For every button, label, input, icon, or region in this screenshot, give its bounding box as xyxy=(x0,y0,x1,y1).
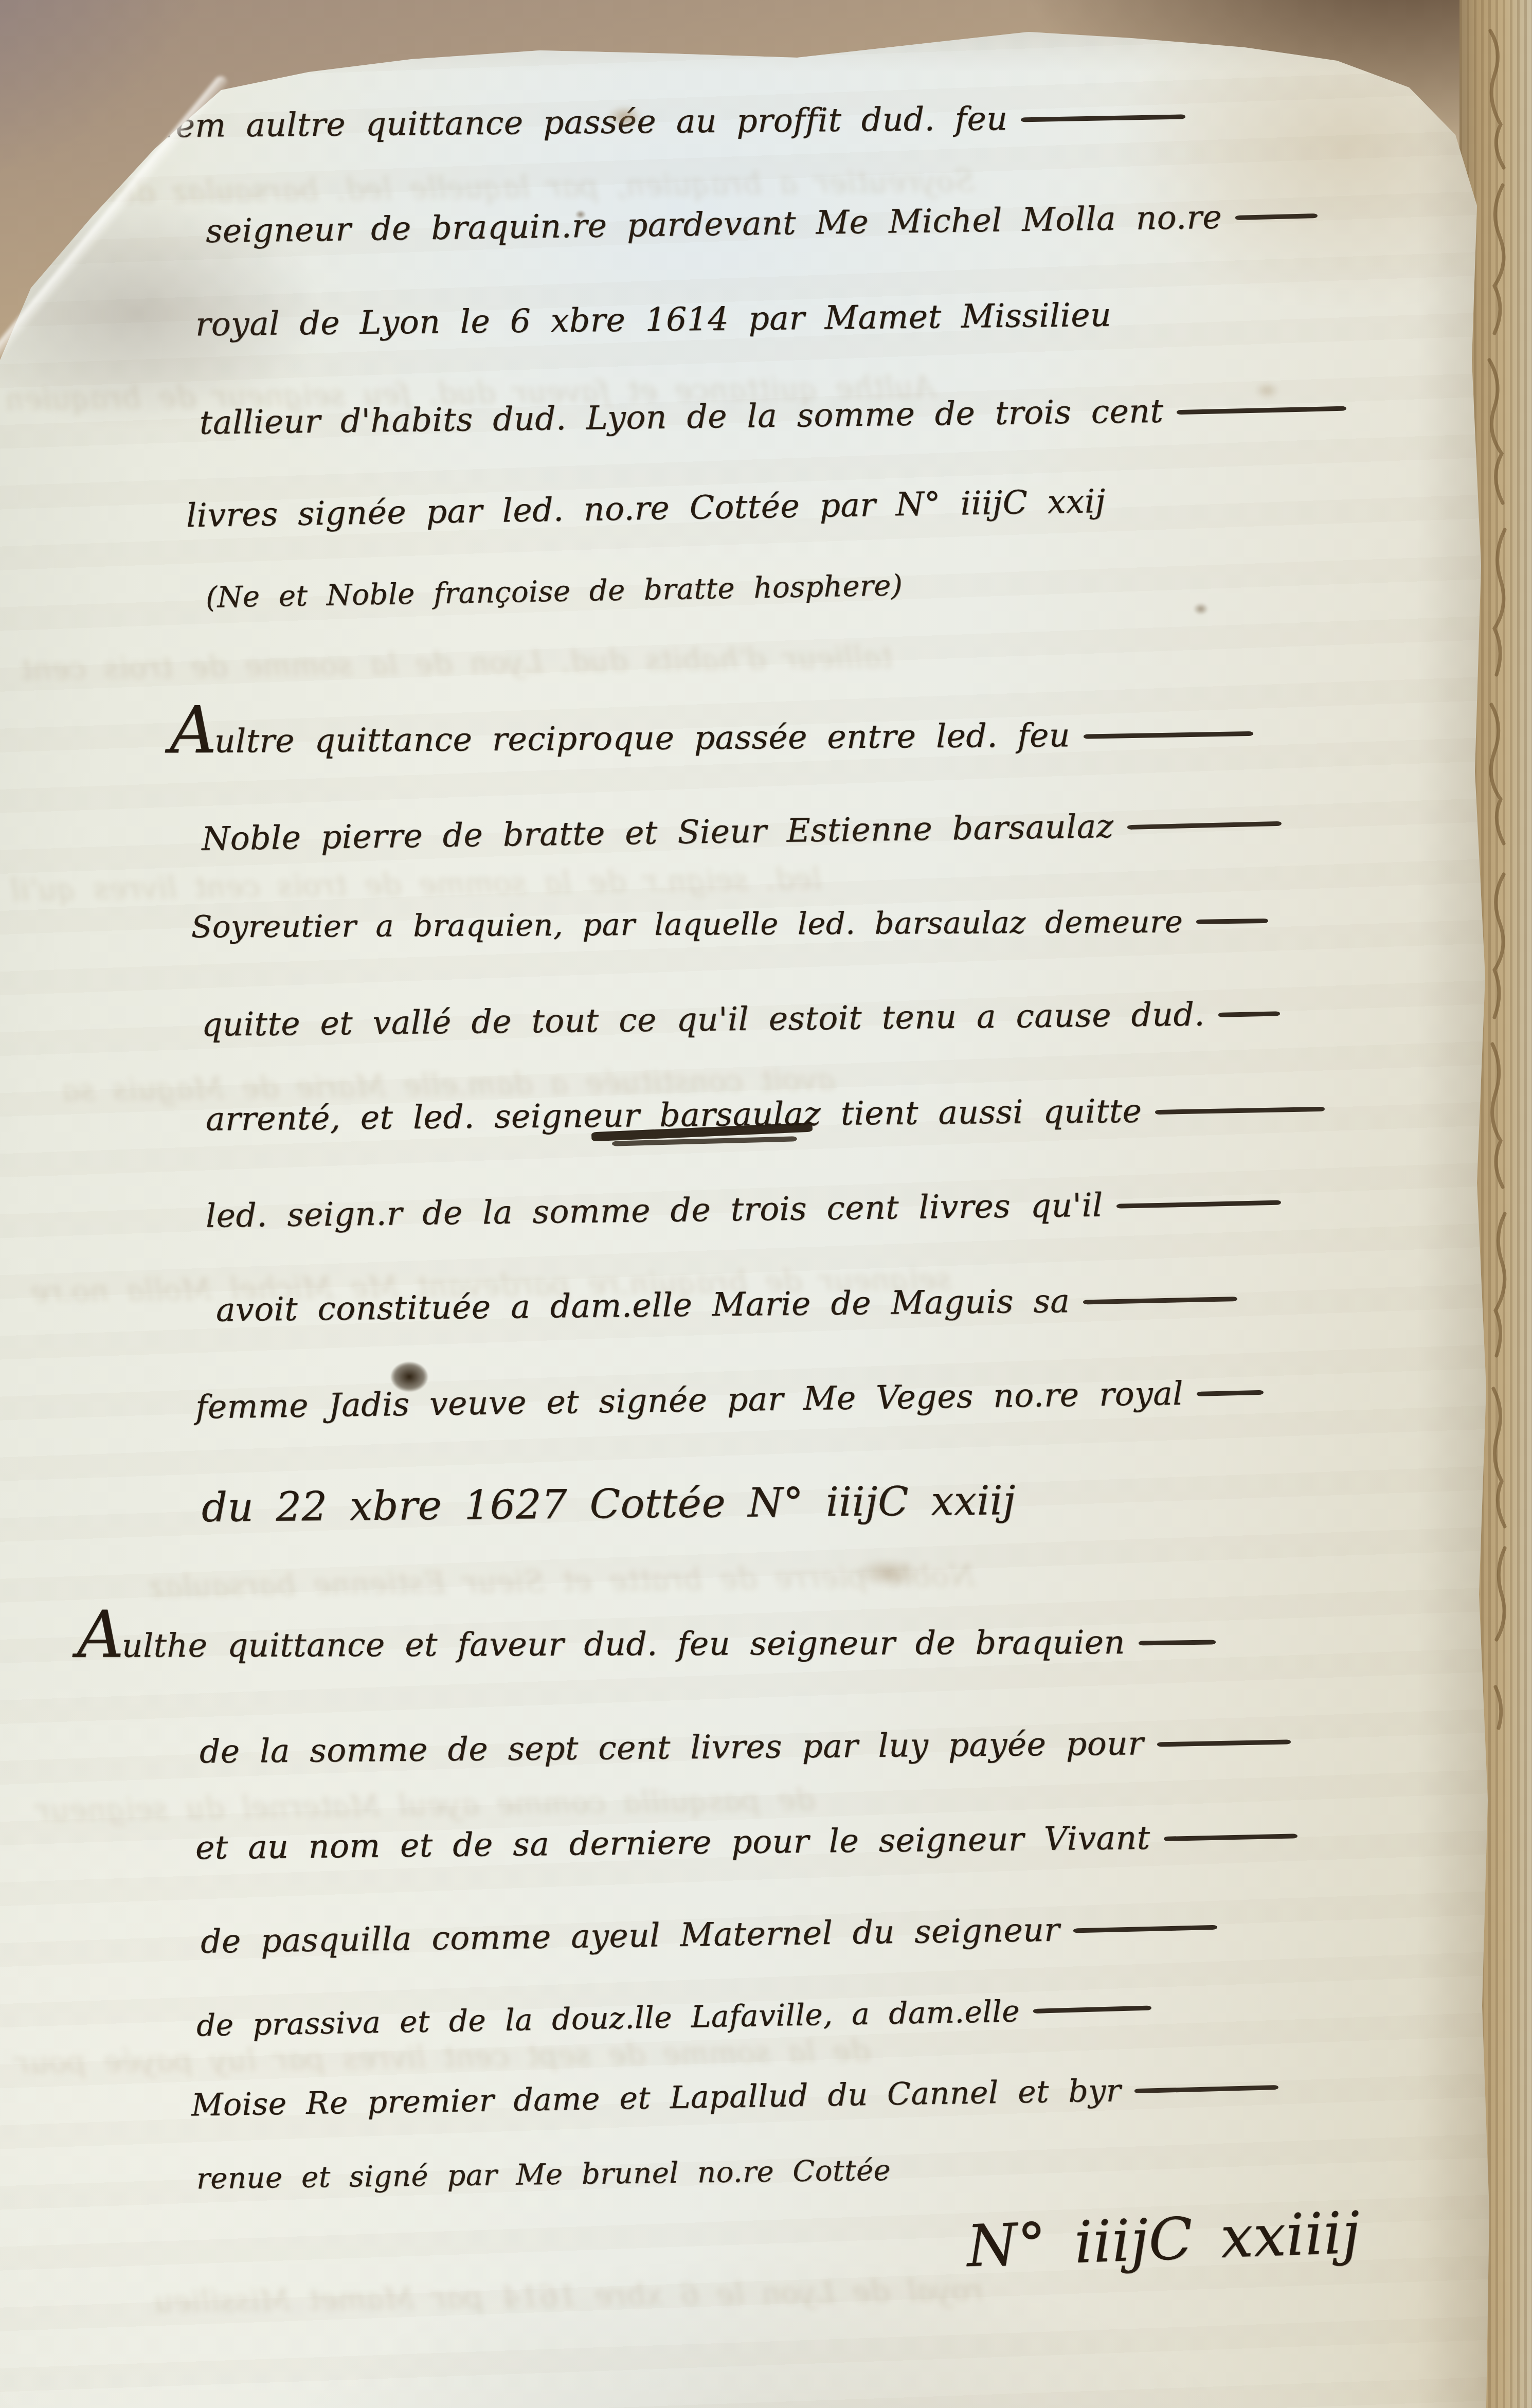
ghost-writing: tallieur d'habits dud. Lyon de la somme … xyxy=(21,639,893,687)
line-text: tallieur d'habits dud. Lyon de la somme … xyxy=(200,392,1164,442)
line-text: quitte et vallé de tout ce qu'il estoit … xyxy=(202,996,1205,1044)
manuscript-line: femme Jadis veuve et signée par Me Veges… xyxy=(195,1374,1264,1426)
ghost-writing: led. seign.r de la somme de trois cent l… xyxy=(10,861,822,907)
manuscript-line: led. seign.r de la somme de trois cent l… xyxy=(206,1184,1281,1235)
line-filler-stroke xyxy=(1084,731,1253,739)
line-filler-stroke xyxy=(1177,406,1346,415)
manuscript-line: livres signée par led. no.re Cottée par … xyxy=(186,482,1106,534)
manuscript-line: quitte et vallé de tout ce qu'il estoit … xyxy=(202,995,1281,1044)
manuscript-line: Noble pierre de bratte et Sieur Estienne… xyxy=(202,805,1282,857)
line-text: femme Jadis veuve et signée par Me Veges… xyxy=(195,1375,1184,1426)
manuscript-line: (Ne et Noble françoise de bratte hospher… xyxy=(206,569,903,615)
manuscript-line: Idem aultre quittance passée au proffit … xyxy=(131,98,1186,145)
photo-of-manuscript: { "manuscript": { "language": "old Frenc… xyxy=(0,0,1532,2408)
line-text: Moise Re premier dame et Lapallud du Can… xyxy=(191,2073,1122,2123)
line-text: de prassiva et de la douz.lle Lafaville,… xyxy=(196,1993,1020,2043)
manuscript-line: renue et signé par Me brunel no.re Cotté… xyxy=(196,2154,891,2196)
ghost-writing: Noble pierre de bratte et Sieur Estienne… xyxy=(149,1558,976,1604)
line-text: N° iiijC xxiiij xyxy=(966,2200,1361,2280)
line-text: Aultre quittance reciproque passée entre… xyxy=(170,716,1070,760)
line-text: Noble pierre de bratte et Sieur Estienne… xyxy=(202,807,1114,858)
line-filler-stroke xyxy=(1157,1739,1291,1747)
manuscript-line: du 22 xbre 1627 Cottée N° iiijC xxiij xyxy=(202,1478,1016,1531)
paper-stain xyxy=(854,1558,921,1587)
manuscript-line: seigneur de braquin.re pardevant Me Mich… xyxy=(206,197,1318,250)
ghost-writing: royal de Lyon le 6 xbre 1614 par Mamet M… xyxy=(154,2273,984,2320)
line-filler-stroke xyxy=(1134,2085,1278,2093)
line-text: livres signée par led. no.re Cottée par … xyxy=(186,482,1106,534)
ghost-writing: de la somme de sept cent livres par luy … xyxy=(15,2033,870,2080)
manuscript-line: Moise Re premier dame et Lapallud du Can… xyxy=(191,2070,1279,2123)
line-text: seigneur de braquin.re pardevant Me Mich… xyxy=(206,199,1222,250)
line-text: du 22 xbre 1627 Cottée N° iiijC xxiij xyxy=(202,1478,1016,1531)
paper-sheet: Soyreutier a braquien, par laquelle led.… xyxy=(0,0,1532,2408)
line-text: de la somme de sept cent livres par luy … xyxy=(200,1724,1144,1770)
line-text: et au nom et de sa derniere pour le seig… xyxy=(195,1819,1150,1866)
line-text: royal de Lyon le 6 xbre 1614 par Mamet M… xyxy=(195,296,1112,344)
manuscript-line: Aultre quittance reciproque passée entre… xyxy=(170,715,1253,761)
manuscript-line: et au nom et de sa derniere pour le seig… xyxy=(195,1818,1297,1866)
line-filler-stroke xyxy=(1196,919,1268,924)
line-filler-stroke xyxy=(1155,1107,1325,1115)
line-text: renue et signé par Me brunel no.re Cotté… xyxy=(196,2154,891,2196)
manuscript-line: tallieur d'habits dud. Lyon de la somme … xyxy=(200,390,1347,441)
manuscript-line: de la somme de sept cent livres par luy … xyxy=(200,1723,1291,1771)
manuscript-line: de pasquilla comme ayeul Maternel du sei… xyxy=(201,1909,1218,1961)
line-text: avoit constituée a dam.elle Marie de Mag… xyxy=(216,1282,1070,1328)
line-text: (Ne et Noble françoise de bratte hospher… xyxy=(206,569,903,615)
ghost-writing: de pasquilla comme ayeul Maternel du sei… xyxy=(36,1782,815,1827)
manuscript-line: Aulthe quittance et faveur dud. feu seig… xyxy=(77,1623,1216,1665)
line-filler-stroke xyxy=(1033,2006,1151,2014)
line-filler-stroke xyxy=(1127,821,1281,830)
line-filler-stroke xyxy=(1073,1925,1217,1933)
paper-stain xyxy=(1193,603,1209,615)
line-filler-stroke xyxy=(1083,1297,1237,1304)
manuscript-line: Soyreutier a braquien, par laquelle led.… xyxy=(191,904,1269,945)
manuscript-line: royal de Lyon le 6 xbre 1614 par Mamet M… xyxy=(195,296,1112,344)
manuscript-line: de prassiva et de la douz.lle Lafaville,… xyxy=(196,1991,1152,2043)
line-text: de pasquilla comme ayeul Maternel du sei… xyxy=(201,1911,1060,1960)
cote-number: N° iiijC xxiiij xyxy=(966,2200,1361,2280)
line-filler-stroke xyxy=(1116,1200,1281,1209)
line-text: led. seign.r de la somme de trois cent l… xyxy=(206,1186,1103,1234)
line-filler-stroke xyxy=(1163,1834,1297,1841)
line-text: Aulthe quittance et faveur dud. feu seig… xyxy=(77,1624,1125,1665)
line-filler-stroke xyxy=(1197,1390,1264,1396)
line-filler-stroke xyxy=(1021,114,1185,122)
line-filler-stroke xyxy=(1139,1640,1216,1645)
line-text: Soyreutier a braquien, par laquelle led.… xyxy=(191,904,1183,944)
line-text: Idem aultre quittance passée au proffit … xyxy=(131,100,1008,145)
line-filler-stroke xyxy=(1218,1011,1280,1017)
line-filler-stroke xyxy=(1235,213,1318,220)
manuscript-line: avoit constituée a dam.elle Marie de Mag… xyxy=(216,1281,1238,1329)
